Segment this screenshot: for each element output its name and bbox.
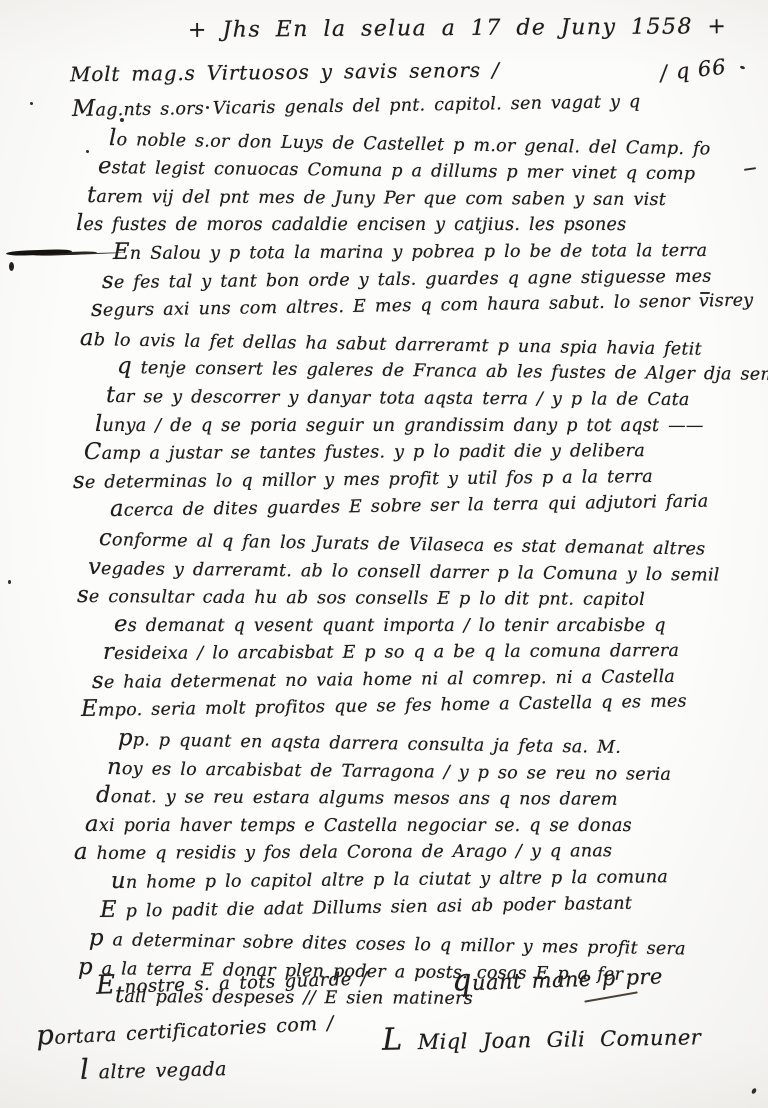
ink-speck bbox=[751, 1087, 757, 1094]
salutation-line: Molt mag.s Virtuosos y savis senors / bbox=[70, 58, 500, 86]
closing-altre-vegada: l altre vegada bbox=[80, 1050, 228, 1086]
closing-certificatories: portara certificatories com / bbox=[35, 1004, 334, 1052]
ink-speck bbox=[30, 102, 33, 105]
signature: L Miql Joan Gili Comuner bbox=[382, 1017, 702, 1058]
manuscript-line: tar se y descorrer y danyar tota aqsta t… bbox=[106, 382, 752, 414]
ink-speck bbox=[700, 292, 710, 294]
manuscript-line: es demanat q vesent quant importa / lo t… bbox=[114, 611, 752, 640]
manuscript-page: + Jhs En la selua a 17 de Juny 1558 + Mo… bbox=[0, 0, 768, 1108]
ink-speck bbox=[120, 118, 124, 122]
manuscript-line: se consultar cada hu ab sos consells E p… bbox=[77, 582, 752, 614]
ink-smudge bbox=[9, 262, 14, 271]
ink-speck bbox=[86, 150, 89, 153]
ink-speck bbox=[740, 65, 746, 70]
manuscript-line: donat. y se reu estara algums mesos ans … bbox=[96, 782, 752, 814]
manuscript-line: Mag.nts s.ors Vicaris genals del pnt. ca… bbox=[72, 85, 752, 124]
ink-speck bbox=[206, 106, 209, 109]
manuscript-line: tarem vij del pnt mes de Juny Per que co… bbox=[87, 182, 752, 214]
ink-speck bbox=[8, 580, 11, 584]
manuscript-line: les fustes de moros cadaldie encisen y c… bbox=[76, 210, 752, 239]
dateline: + Jhs En la selua a 17 de Juny 1558 + bbox=[188, 14, 728, 43]
folio-mark: / q 66 bbox=[659, 55, 728, 86]
manuscript-line: lunya / de q se poria seguir un grandiss… bbox=[95, 411, 752, 440]
letter-body: Mag.nts s.ors Vicaris genals del pnt. ca… bbox=[58, 96, 752, 1011]
